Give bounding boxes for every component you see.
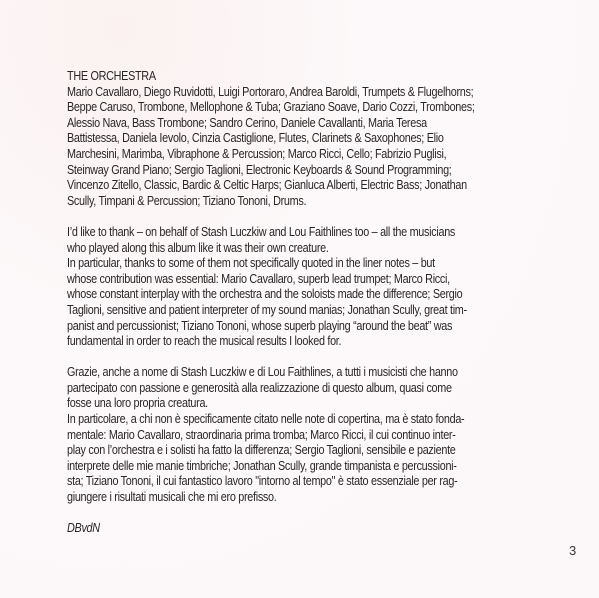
liner-notes-page: THE ORCHESTRA Mario Cavallaro, Diego Ruv… [0,0,599,598]
thanks-italian-line: sta; Tiziano Tononi, il cui fantastico l… [67,474,549,490]
thanks-english-section: I’d like to thank – on behalf of Stash L… [67,225,549,350]
thanks-english-line: Taglioni, sensitive and patient interpre… [67,303,549,319]
orchestra-line: Mario Cavallaro, Diego Ruvidotti, Luigi … [67,85,549,101]
thanks-italian-line: interprete delle mie manie timbriche; Jo… [67,459,549,475]
orchestra-line: Alessio Nava, Bass Trombone; Sandro Ceri… [67,116,549,132]
thanks-italian-line: mentale: Mario Cavallaro, straordinaria … [67,428,549,444]
signature: DBvdN [67,521,549,537]
thanks-italian-line: play con l’orchestra e i solisti ha fatt… [67,443,549,459]
thanks-italian-section: Grazie, anche a nome di Stash Luczkiw e … [67,365,549,505]
thanks-english-line: I’d like to thank – on behalf of Stash L… [67,225,549,241]
thanks-english-line: fundamental in order to reach the musica… [67,334,549,350]
thanks-english-line: who played along this album like it was … [67,241,549,257]
orchestra-section: THE ORCHESTRA Mario Cavallaro, Diego Ruv… [67,69,549,209]
page-number: 3 [569,543,576,558]
orchestra-line: Marchesini, Marimba, Vibraphone & Percus… [67,147,549,163]
orchestra-line: Scully, Timpani & Percussion; Tiziano To… [67,194,549,210]
thanks-italian-line: In particolare, a chi non è specificamen… [67,412,549,428]
thanks-italian-line: fosse una loro propria creatura. [67,396,549,412]
thanks-english-line: In particular, thanks to some of them no… [67,256,549,272]
thanks-italian-line: Grazie, anche a nome di Stash Luczkiw e … [67,365,549,381]
orchestra-heading: THE ORCHESTRA [67,69,549,85]
thanks-english-line: panist and percussionist; Tiziano Tononi… [67,319,549,335]
orchestra-line: Vincenzo Zitello, Classic, Bardic & Celt… [67,178,549,194]
thanks-italian-line: partecipato con passione e generosità al… [67,381,549,397]
liner-notes-content: THE ORCHESTRA Mario Cavallaro, Diego Ruv… [67,69,549,537]
orchestra-line: Battistessa, Daniela Ievolo, Cinzia Cast… [67,131,549,147]
thanks-english-line: whose constant interplay with the orches… [67,287,549,303]
orchestra-line: Beppe Caruso, Trombone, Mellophone & Tub… [67,100,549,116]
orchestra-line: Steinway Grand Piano; Sergio Taglioni, E… [67,163,549,179]
thanks-italian-line: giungere i risultati musicali che mi ero… [67,490,549,506]
thanks-english-line: whose contribution was essential: Mario … [67,272,549,288]
